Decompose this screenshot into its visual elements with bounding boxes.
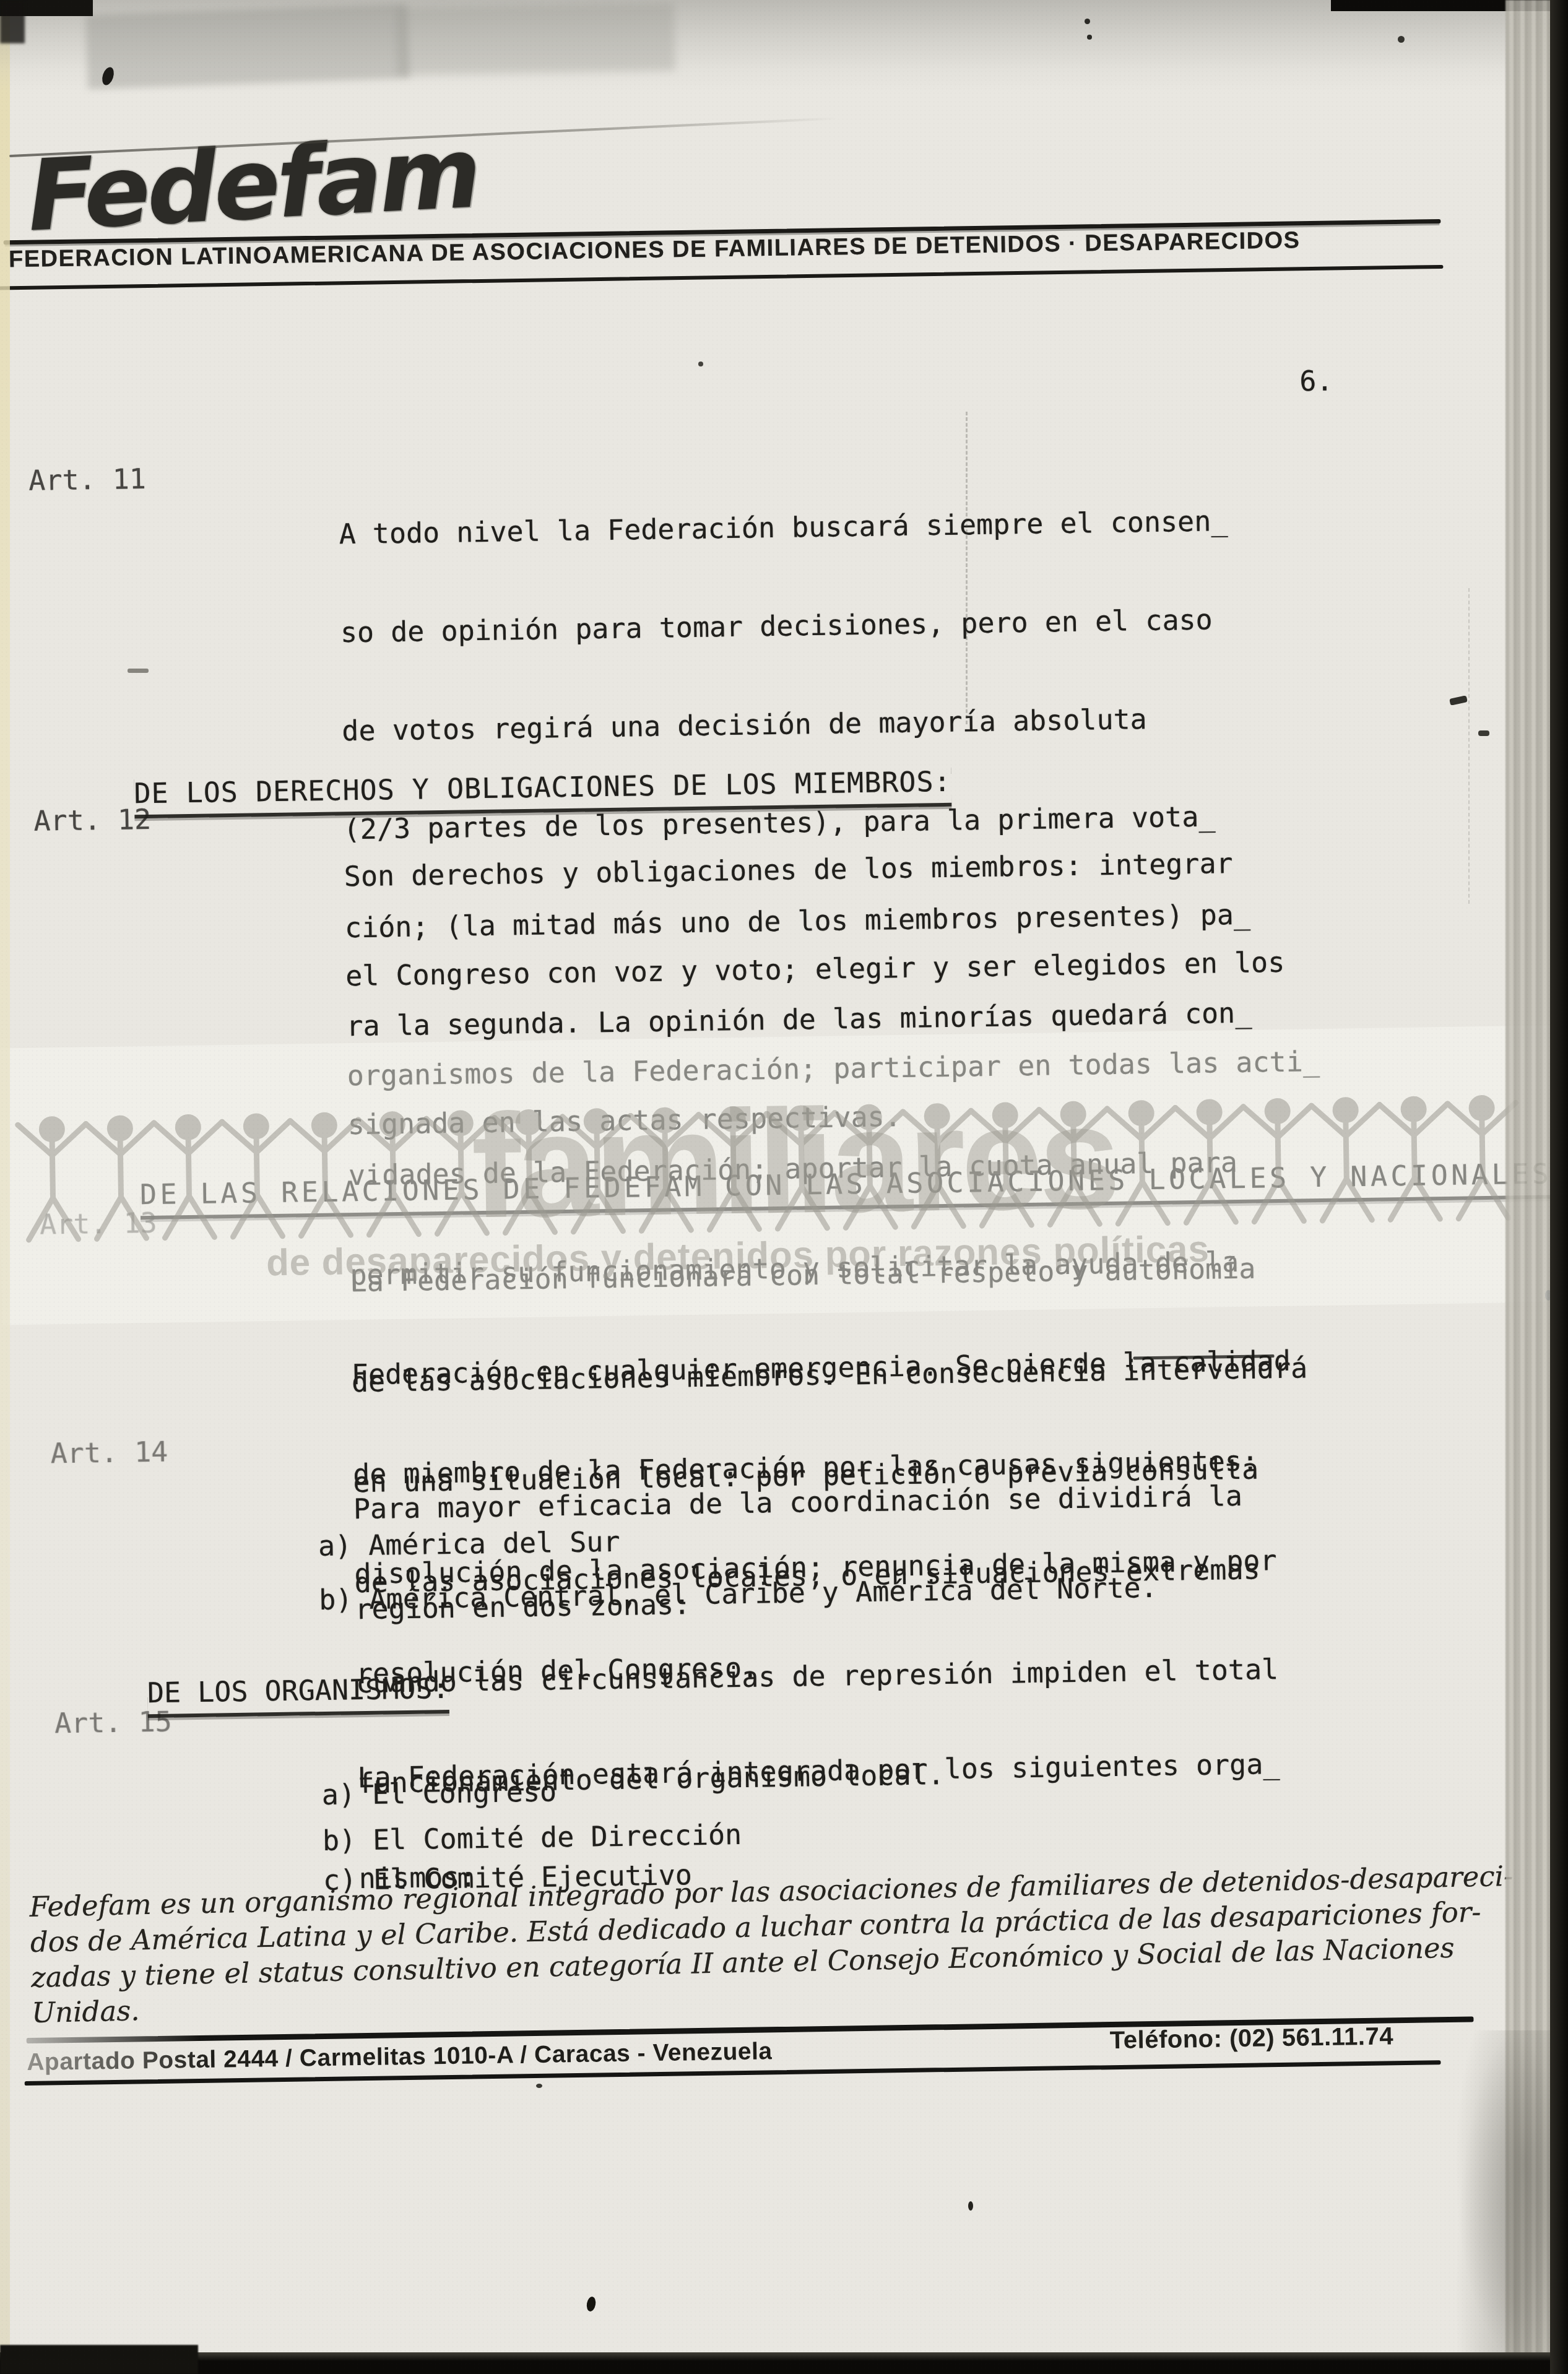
ink-speck [968,2201,973,2211]
fold-line [966,412,968,724]
ink-speck [1087,35,1092,40]
article-14-item-a: a) América del Sur [318,1525,620,1562]
footer-address: Apartado Postal 2444 / Carmelitas 1010-A… [27,2038,773,2076]
fold-line [1468,588,1470,904]
ink-speck [698,362,703,366]
article-11-line: A todo nivel la Federación buscará siemp… [339,505,1245,551]
ink-speck [536,2084,542,2088]
article-13-line: La Federación funcionará con total respe… [350,1250,1306,1299]
ink-speck [1478,730,1489,736]
scan-edge-right [1505,0,1551,2374]
ink-speck [1398,36,1405,43]
footer-phone: Teléfono: (02) 561.11.74 [1110,2022,1394,2055]
article-15-item-a: a) El Congreso [321,1775,557,1811]
article-13-label: Art. 13 [40,1206,157,1241]
document-content: Fedefam FEDERACION LATINOAMERICANA DE AS… [0,0,1568,2374]
ink-speck [1085,19,1090,24]
scan-edge-left [0,0,10,2374]
scan-edge-right-border [1550,0,1568,2374]
scan-noise-patch [396,2,675,76]
article-15-item-b: b) El Comité de Dirección [323,1818,742,1857]
article-14-line: Para mayor eficacia de la coordinación s… [353,1479,1243,1527]
scan-corner-mark [0,2345,198,2374]
article-12-line: Son derechos y obligaciones de los miemb… [344,845,1317,893]
article-11-line: so de opinión para tomar decisiones, per… [340,603,1247,649]
scan-smudge [1455,2030,1554,2365]
article-12-line: organismos de la Federación; participar … [347,1044,1320,1093]
article-12-line: el Congreso con voz y voto; elegir y ser… [345,945,1319,993]
article-14-label: Art. 14 [50,1436,168,1470]
scan-corner-mark [0,0,25,43]
article-11-label: Art. 11 [28,462,146,497]
scanned-document-page: Fedefam FEDERACION LATINOAMERICANA DE AS… [0,0,1568,2374]
article-12-label: Art. 12 [33,803,151,838]
article-15-label: Art. 15 [54,1705,172,1740]
ink-speck [128,669,149,673]
scan-noise-patch [85,4,410,89]
footer-about: Fedefam es un organismo regional integra… [29,1858,1515,2030]
page-number: 6. [1299,365,1333,398]
scan-edge-bottom [0,2352,1568,2374]
